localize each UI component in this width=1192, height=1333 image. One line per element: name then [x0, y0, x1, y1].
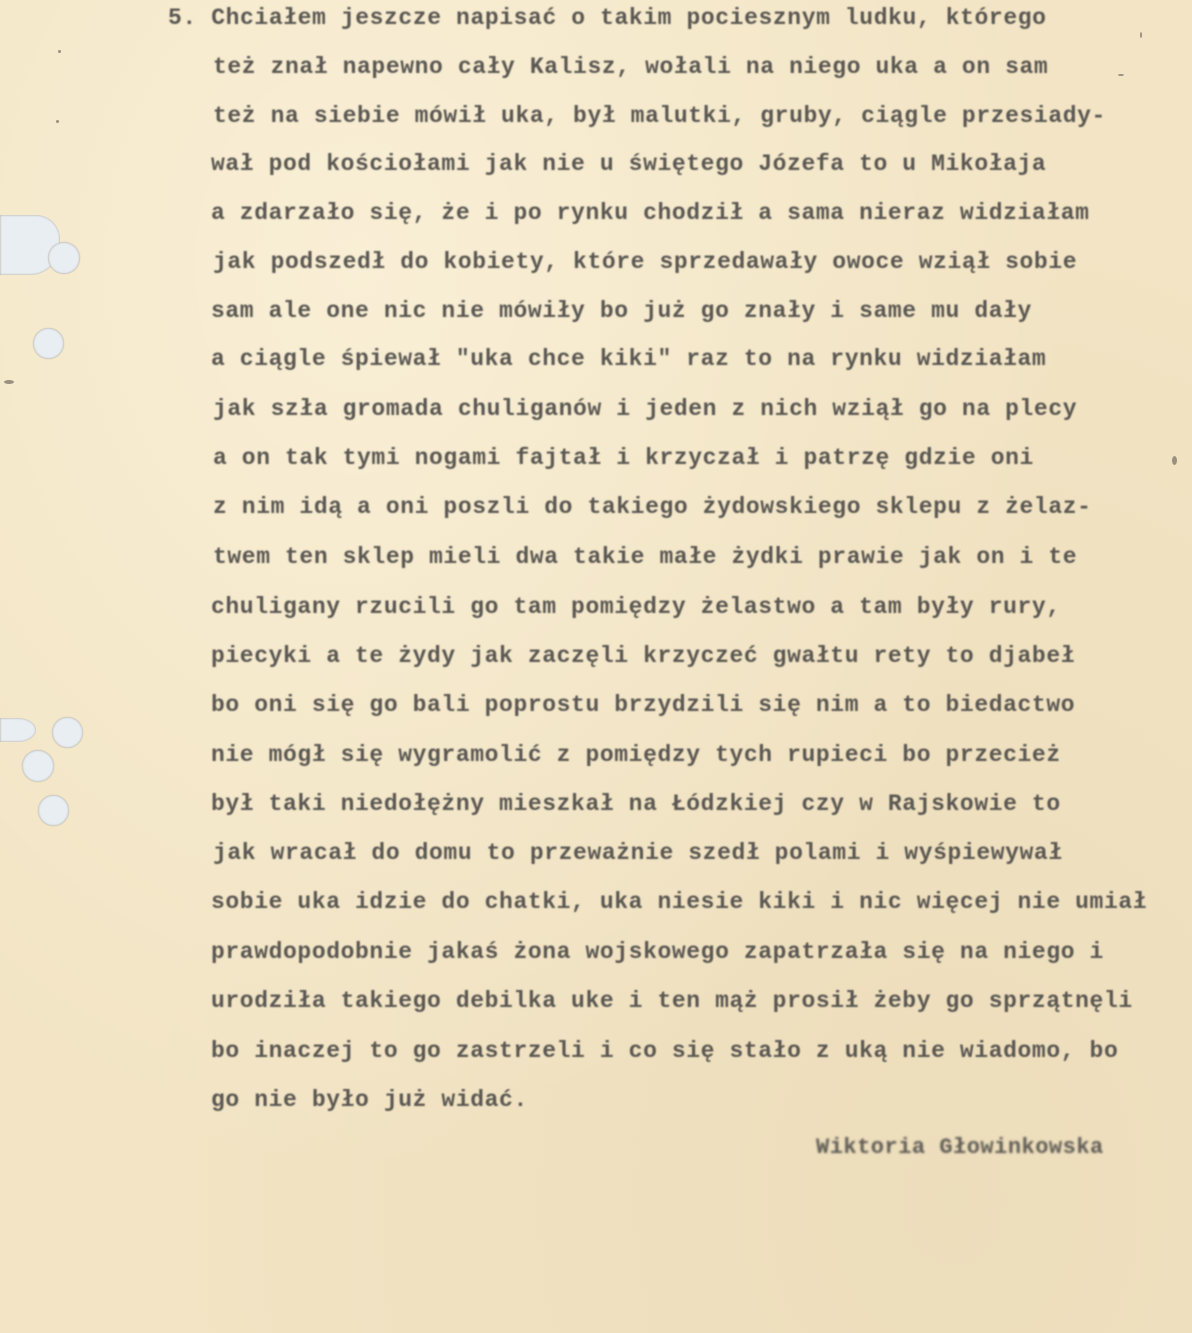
text-line: jak wracał do domu to przeważnie szedł p… [213, 838, 1063, 868]
text-line: prawdopodobnie jakaś żona wojskowego zap… [211, 937, 1104, 967]
paper-speck [58, 50, 61, 53]
text-line: piecyki a te żydy jak zaczęli krzyczeć g… [211, 641, 1075, 671]
paper-speck [1172, 456, 1177, 465]
paper-speck [1140, 32, 1142, 38]
punch-hole [48, 242, 80, 274]
text-line: chuligany rzucili go tam pomiędzy żelast… [211, 592, 1061, 622]
punch-hole [38, 795, 69, 826]
text-line: urodziła takiego debilka uke i ten mąż p… [211, 986, 1133, 1016]
text-line: też na siebie mówił uka, był malutki, gr… [213, 101, 1106, 131]
author-signature: Wiktoria Głowinkowska [816, 1135, 1104, 1160]
text-line: sobie uka idzie do chatki, uka niesie ki… [211, 887, 1147, 917]
text-line: a zdarzało się, że i po rynku chodził a … [211, 198, 1090, 228]
text-line: twem ten sklep mieli dwa takie małe żydk… [213, 542, 1077, 572]
punch-hole [52, 717, 83, 748]
text-line: go nie było już widać. [211, 1085, 528, 1115]
paper-speck [56, 120, 59, 123]
punch-hole [33, 328, 64, 359]
torn-hole-lower [0, 718, 36, 742]
text-line: jak szła gromada chuliganów i jeden z ni… [213, 394, 1077, 424]
paper-speck [4, 380, 14, 384]
text-line: nie mógł się wygramolić z pomiędzy tych … [211, 740, 1061, 770]
punch-hole [22, 750, 54, 782]
text-line: był taki niedołężny mieszkał na Łódzkiej… [211, 789, 1061, 819]
text-line: wał pod kościołami jak nie u świętego Jó… [211, 149, 1046, 179]
text-line: sam ale one nic nie mówiły bo już go zna… [211, 296, 1032, 326]
text-line: a ciągle śpiewał "uka chce kiki" raz to … [211, 344, 1046, 374]
scanned-page: 5. Chciałem jeszcze napisać o takim poci… [0, 0, 1192, 1333]
text-line: też znał napewno cały Kalisz, wołali na … [213, 52, 1048, 82]
text-line: a on tak tymi nogami fajtał i krzyczał i… [213, 443, 1034, 473]
text-line: z nim idą a oni poszli do takiego żydows… [213, 492, 1092, 522]
text-line: bo oni się go bali poprostu brzydzili si… [211, 690, 1075, 720]
paper-speck [1118, 74, 1124, 76]
text-line: jak podszedł do kobiety, które sprzedawa… [213, 247, 1077, 277]
text-line: bo inaczej to go zastrzeli i co się stał… [211, 1036, 1118, 1066]
text-line: 5. Chciałem jeszcze napisać o takim poci… [168, 3, 1047, 33]
